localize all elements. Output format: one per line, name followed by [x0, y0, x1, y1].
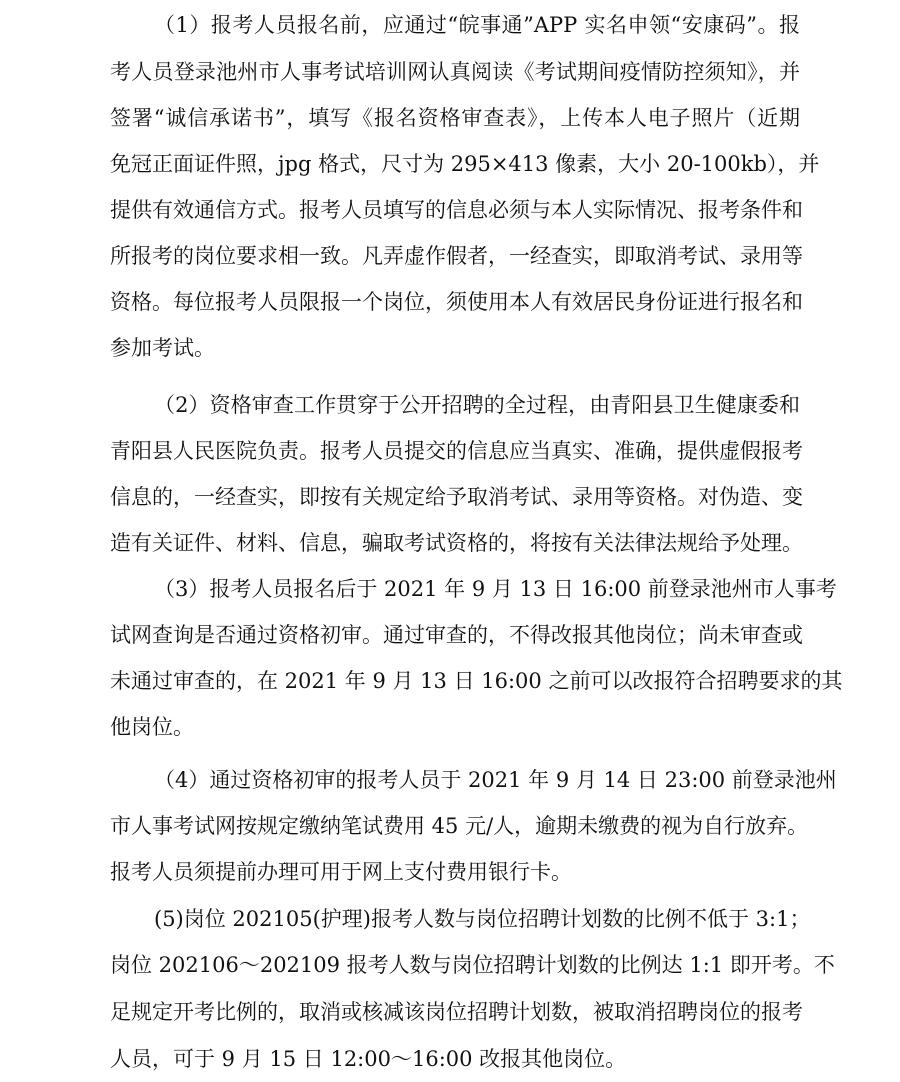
paragraph-line: (5)岗位 202105(护理)报考人数与岗位招聘计划数的比例不低于 3:1；	[154, 904, 800, 934]
paragraph-line: 青阳县人民医院负责。报考人员提交的信息应当真实、准确，提供虚假报考	[110, 436, 800, 466]
paragraph-line: 足规定开考比例的，取消或核减该岗位招聘计划数，被取消招聘岗位的报考	[110, 997, 800, 1027]
paragraph-line: 信息的，一经查实，即按有关规定给予取消考试、录用等资格。对伪造、变	[110, 482, 800, 512]
paragraph-line: 参加考试。	[110, 333, 800, 363]
paragraph-line: 人员，可于 9 月 15 日 12:00～16:00 改报其他岗位。	[110, 1044, 800, 1074]
document-page: （1）报考人员报名前，应通过“皖事通”APP 实名申领“安康码”。报 考人员登录…	[0, 0, 900, 1082]
paragraph-line: 岗位 202106～202109 报考人数与岗位招聘计划数的比例达 1:1 即开…	[110, 950, 800, 980]
paragraph-line: 报考人员须提前办理可用于网上支付费用银行卡。	[110, 857, 800, 887]
paragraph-line: （4）通过资格初审的报考人员于 2021 年 9 月 14 日 23:00 前登…	[154, 765, 800, 795]
paragraph-line: 未通过审查的，在 2021 年 9 月 13 日 16:00 之前可以改报符合招…	[110, 666, 800, 696]
paragraph-line: 所报考的岗位要求相一致。凡弄虚作假者，一经查实，即取消考试、录用等	[110, 241, 800, 271]
paragraph-line: 免冠正面证件照，jpg 格式，尺寸为 295×413 像素，大小 20-100k…	[110, 149, 800, 179]
paragraph-line: 签署“诚信承诺书”，填写《报名资格审查表》，上传本人电子照片（近期	[110, 103, 800, 133]
paragraph-line: （1）报考人员报名前，应通过“皖事通”APP 实名申领“安康码”。报	[154, 10, 800, 40]
paragraph-line: 考人员登录池州市人事考试培训网认真阅读《考试期间疫情防控须知》，并	[110, 57, 800, 87]
paragraph-line: 他岗位。	[110, 712, 800, 742]
paragraph-line: （2）资格审查工作贯穿于公开招聘的全过程，由青阳县卫生健康委和	[154, 390, 800, 420]
paragraph-line: 资格。每位报考人员限报一个岗位，须使用本人有效居民身份证进行报名和	[110, 287, 800, 317]
paragraph-line: 提供有效通信方式。报考人员填写的信息必须与本人实际情况、报考条件和	[110, 195, 800, 225]
paragraph-line: 造有关证件、材料、信息，骗取考试资格的，将按有关法律法规给予处理。	[110, 528, 800, 558]
paragraph-line: （3）报考人员报名后于 2021 年 9 月 13 日 16:00 前登录池州市…	[154, 574, 800, 604]
paragraph-line: 市人事考试网按规定缴纳笔试费用 45 元/人，逾期未缴费的视为自行放弃。	[110, 811, 800, 841]
paragraph-line: 试网查询是否通过资格初审。通过审查的，不得改报其他岗位；尚未审查或	[110, 620, 800, 650]
